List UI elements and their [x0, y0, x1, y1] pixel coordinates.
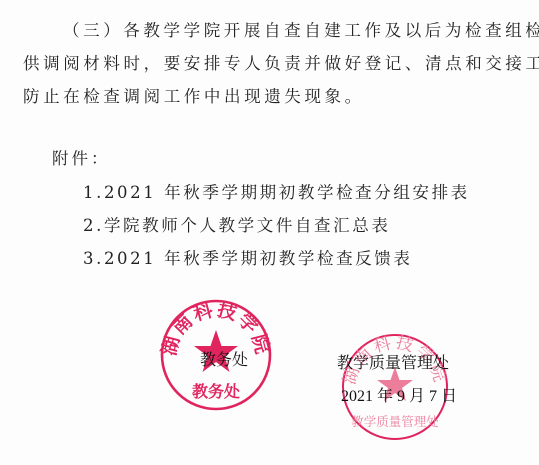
attachment-item-1: 1.2021 年秋季学期期初教学检查分组安排表 — [83, 179, 470, 203]
svg-text:教务处: 教务处 — [192, 382, 240, 401]
attachment-item-2: 2.学院教师个人教学文件自查汇总表 — [83, 212, 390, 236]
left-signature-text: 教务处 — [200, 347, 248, 370]
paragraph-line-1: （三）各教学学院开展自查自建工作及以后为检查组检查人员提 — [63, 17, 539, 41]
signature-date: 2021 年 9 月 7 日 — [341, 383, 457, 406]
svg-text:教学质量管理处: 教学质量管理处 — [351, 414, 439, 429]
paragraph-line-3: 防止在检查调阅工作中出现遗失现象。 — [23, 83, 365, 107]
attachments-label: 附件： — [52, 145, 111, 169]
attachment-item-3: 3.2021 年秋季学期初教学检查反馈表 — [83, 245, 412, 269]
right-signature-text: 教学质量管理处 — [337, 350, 449, 373]
paragraph-line-2: 供调阅材料时，要安排专人负责并做好登记、清点和交接工作记录， — [23, 50, 539, 74]
